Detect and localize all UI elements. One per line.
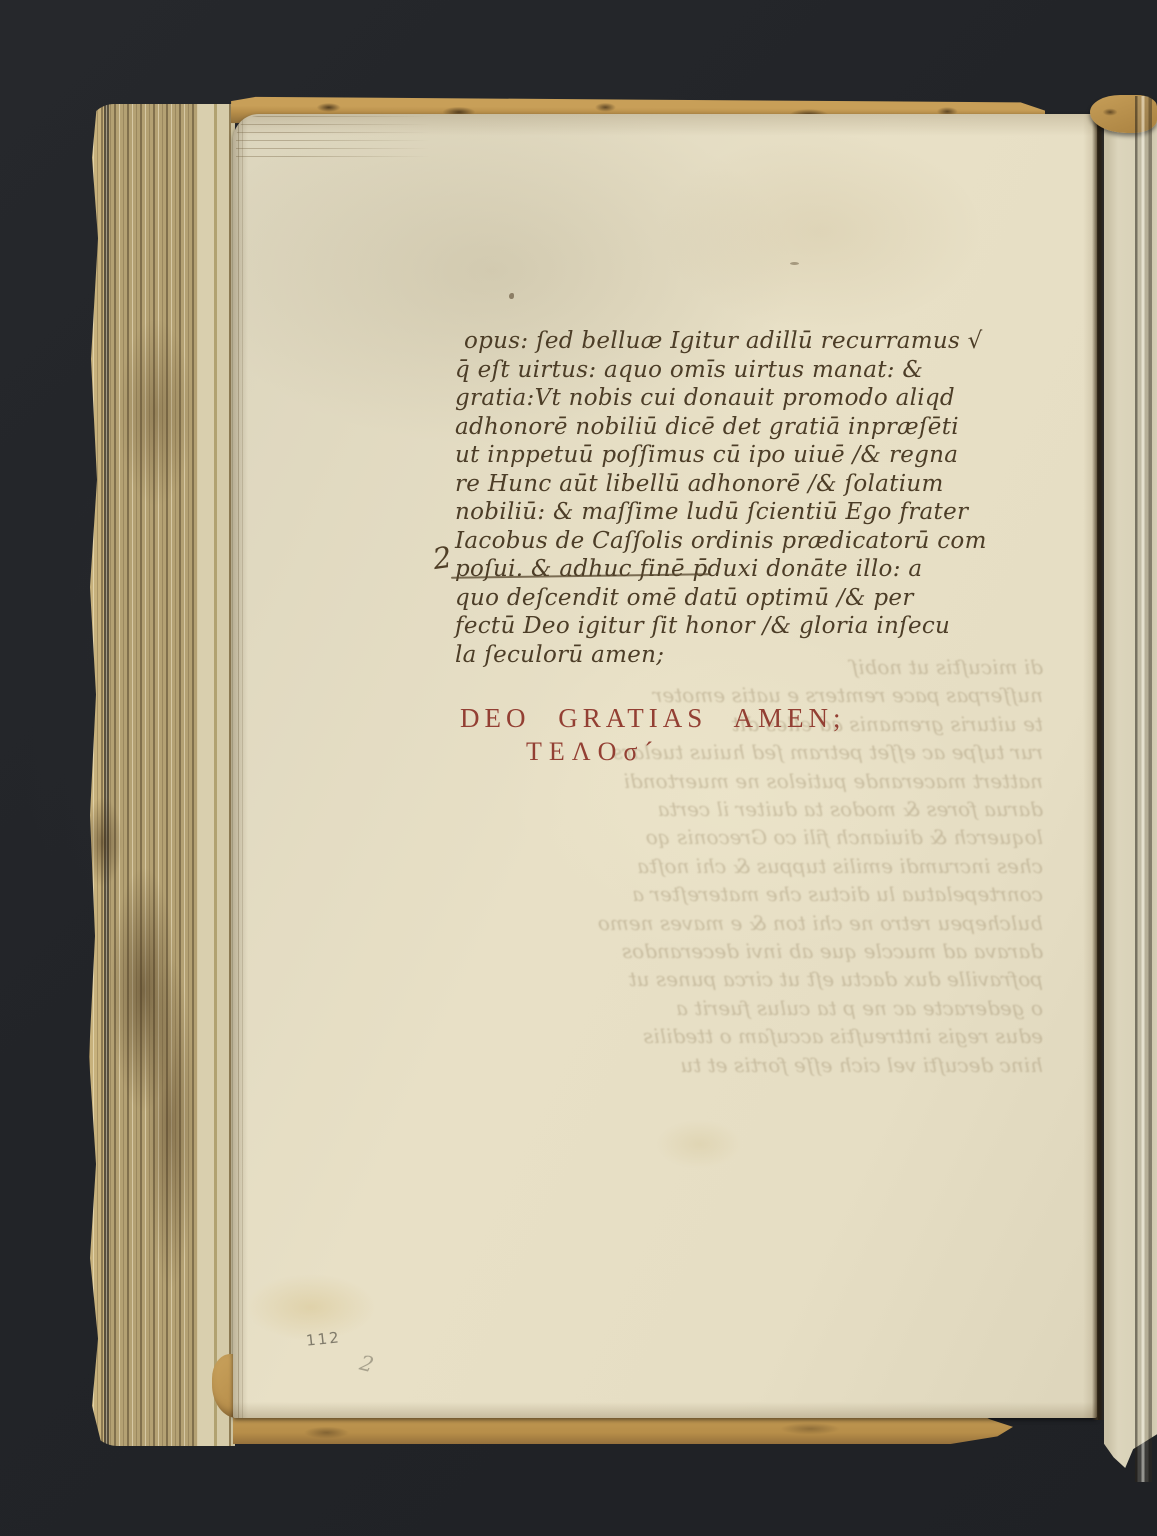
manuscript-line: la ſeculorū amen; — [455, 641, 960, 670]
manuscript-line: re Hunc aūt libellū adhonorē /& ſolatium — [455, 470, 960, 499]
bleedthrough-line: darava ad muccle que ab invi decerandos — [593, 937, 1043, 965]
glass-weight-rod — [1135, 96, 1152, 1482]
gutter-fold-shadow — [1092, 118, 1104, 1420]
ink-speck — [509, 293, 514, 299]
book-fore-edge-page-stack — [88, 104, 235, 1446]
manuscript-line: poſui. & adhuc finē p̄duxi donāte illo: … — [455, 555, 960, 584]
bleedthrough-line: conrtepelatua lu dictus che matereſter a — [593, 880, 1043, 908]
pencil-foliation-note: 112 — [305, 1328, 341, 1350]
bleedthrough-line: loquerch & diuianch fili co Greconis qo — [593, 823, 1043, 851]
manuscript-line: ut inppetuū poſſimus cū ipo uiuē /& regn… — [455, 441, 960, 470]
colophon-line-telos: TEΛOσ´ — [526, 737, 846, 767]
manuscript-line: quo deſcendit omē datū optimū /& per — [455, 584, 960, 613]
bleedthrough-line: darua fores & modos ta duiter il certa — [593, 795, 1043, 823]
manuscript-line: opus: ſed belluæ Igitur adillū recurramu… — [464, 327, 960, 356]
manuscript-line: nobiliū: & maſſime ludū ſcientiū Ego fra… — [455, 498, 960, 527]
manuscript-line: gratia:Vt nobis cui donauit promodo aliq… — [455, 384, 960, 413]
bleedthrough-line: pofraville dux dactu eſt ut circa punes … — [593, 965, 1043, 993]
bleedthrough-line: hinc decuſti vel cich eſſe fortis et tu — [593, 1051, 1043, 1078]
ink-speck — [790, 262, 799, 265]
manuscript-line: adhonorē nobiliū dicē det gratiā inpræſē… — [455, 413, 960, 442]
colophon-line-deo-gratias: DEO GRATIAS AMEN; — [460, 703, 846, 734]
manuscript-line-author: Iacobus de Caſſolis ordinis prædicatorū … — [455, 527, 960, 556]
page-corner-leaf-steps — [236, 116, 446, 162]
bleedthrough-line: edus regis inttreuſtis accuſam o ttedili… — [593, 1022, 1043, 1050]
bleedthrough-line: nattert macerande putielos ne muertondi — [593, 767, 1043, 795]
bleedthrough-line: o gederacte ac ne p ta culus fuerit a — [593, 994, 1043, 1022]
colophon-rubric: DEO GRATIAS AMEN; TEΛOσ´ — [460, 703, 846, 767]
manuscript-line: fectū Deo igitur ſit honor /& gloria inſ… — [455, 612, 960, 641]
manuscript-text-block: opus: ſed belluæ Igitur adillū recurramu… — [455, 327, 960, 669]
bleedthrough-line: ches incrumdi emilis tuppus & chi noſta — [593, 852, 1043, 880]
bleedthrough-line: bulchepeu retro ne chi ton & e maves nem… — [593, 909, 1043, 937]
manuscript-line: q̄ eſt uirtus: aquo omīs uirtus manat: & — [455, 356, 960, 385]
